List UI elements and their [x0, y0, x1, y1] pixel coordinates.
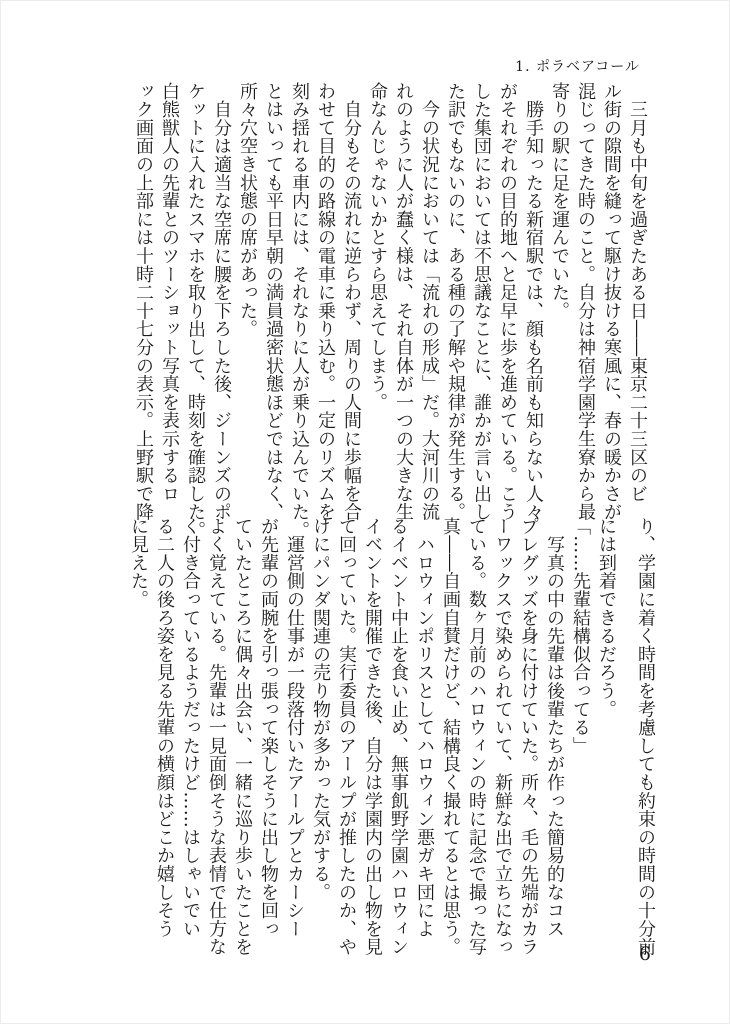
text-line: り、学園に着く時間を考慮しても約束の時間の十分前 — [632, 517, 658, 953]
text-line: わせて目的の路線の電車に乗り込む。一定のリズムを — [312, 82, 338, 518]
text-line: 自分は適当な空席に腰を下ろした後、ジーンズのポ — [208, 82, 234, 518]
text-line: るイベント中止を食い止め、無事飢野学園ハロウィン — [385, 517, 411, 953]
text-line: 今の状況においては「流れの形成」だ。大河川の流 — [416, 82, 442, 518]
book-page: 1. ポラベアコール 三月も中旬を過ぎたある日――東京二十三区のビル街の隙間を縫… — [0, 0, 730, 1024]
text-line: がそれぞれの目的地へと足早に歩を進めている。こう — [494, 82, 520, 518]
text-block-top: 三月も中旬を過ぎたある日――東京二十三区のビル街の隙間を縫って駆け抜ける寒風に、… — [130, 82, 650, 518]
text-line: 命なんじゃないかとすら思えてしまう。 — [364, 82, 390, 518]
text-line: イベントを開催できた後、自分は学園内の出し物を見 — [359, 517, 385, 953]
text-line: 刻み揺れる車内には、それなりに人が乗り込んでいた。 — [286, 82, 312, 518]
text-line: た訳でもないのに、ある種の了解や規律が発生する。 — [442, 82, 468, 518]
text-line: 「……先輩結構似合ってる」 — [567, 517, 593, 953]
text-line: に見えた。 — [125, 517, 151, 953]
text-line: とはいっても平日早朝の満員過密状態ほどではなく、 — [260, 82, 286, 518]
text-line: 勝手知ったる新宿駅では、顔も名前も知らない人々 — [520, 82, 546, 518]
text-line: ーワックスで染められていて、新鮮な出で立ちになっ — [489, 517, 515, 953]
text-line: 写真の中の先輩は後輩たちが作った簡易的なコス — [541, 517, 567, 953]
text-line: る二人の後ろ姿を見る先輩の横顔はどこか嬉しそう — [151, 517, 177, 953]
text-line: 寄りの駅に足を運んでいた。 — [546, 82, 572, 518]
text-line: 所々穴空き状態の席があった。 — [234, 82, 260, 518]
text-line: よく覚えている。先輩は一見面倒そうな表情で仕方な — [203, 517, 229, 953]
text-line: プレグッズを身に付けていた。所々、毛の先端がカラ — [515, 517, 541, 953]
text-line: には到着できるだろう。 — [593, 517, 619, 953]
text-block-bottom: り、学園に着く時間を考慮しても約束の時間の十分前には到着できるだろう。「……先輩… — [125, 517, 658, 953]
text-line: 自分もその流れに逆らわず、周りの人間に歩幅を合 — [338, 82, 364, 518]
text-line: ている。数ヶ月前のハロウィンの時に記念で撮った写 — [463, 517, 489, 953]
text-line: ル街の隙間を縫って駆け抜ける寒風に、春の暖かさが — [598, 82, 624, 518]
text-line: ていたところに偶々出会い、一緒に巡り歩いたことを — [229, 517, 255, 953]
page-number: 6 — [639, 943, 651, 965]
text-line: ック画面の上部には十時二十七分の表示。上野駅で降 — [130, 82, 156, 518]
text-line: 運営側の仕事が一段落付いたアールプとカーシー — [281, 517, 307, 953]
chapter-title: 1. ポラベアコール — [515, 56, 640, 76]
text-line: ケットに入れたスマホを取り出して、時刻を確認した。 — [182, 82, 208, 518]
text-line: て回っていた。実行委員のアールプが推したのか、や — [333, 517, 359, 953]
text-line: 混じってきた時のこと。自分は神宿学園学生寮から最 — [572, 82, 598, 518]
text-line: 真――自画自賛だけど、結構良く撮れてるとは思う。 — [437, 517, 463, 953]
text-line: けにパンダ関連の売り物が多かった気がする。 — [307, 517, 333, 953]
text-line: 三月も中旬を過ぎたある日――東京二十三区のビ — [624, 82, 650, 518]
text-line: れのように人が蠢く様は、それ自体が一つの大きな生 — [390, 82, 416, 518]
text-line: 白熊獣人の先輩とのツーショット写真を表示するロ — [156, 82, 182, 518]
text-line: が先輩の両腕を引っ張って楽しそうに出し物を回っ — [255, 517, 281, 953]
text-line: した集団においては不思議なことに、誰かが言い出し — [468, 82, 494, 518]
text-line: ハロウィンポリスとしてハロウィン悪ガキ団によ — [411, 517, 437, 953]
text-line: く付き合っているようだったけど……はしゃいでい — [177, 517, 203, 953]
